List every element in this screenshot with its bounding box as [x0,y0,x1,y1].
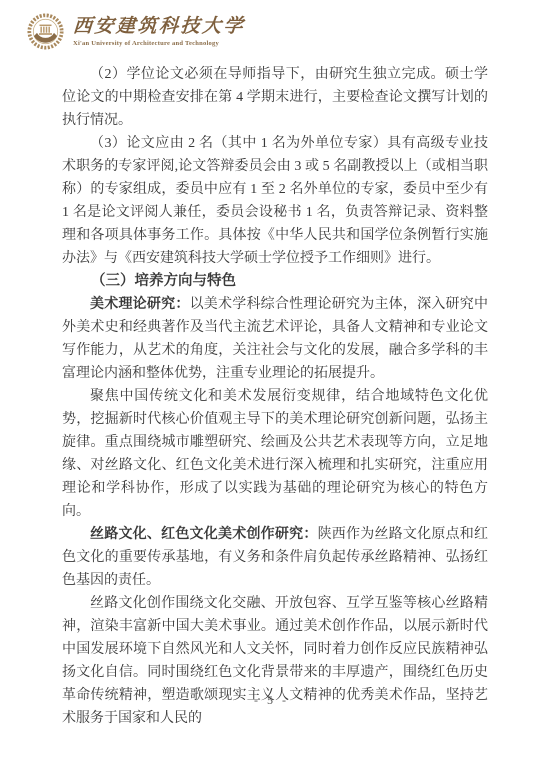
paragraph-lead: 丝路文化、红色文化美术创作研究： [90,527,318,542]
paragraph: （3）论文应由 2 名（其中 1 名为外单位专家）具有高级专业技术职务的专家评阅… [62,132,488,270]
university-name-en: Xi'an University of Architecture and Tec… [73,40,245,48]
page-number: - 5 - [254,693,289,707]
paragraph-text: （3）论文应由 2 名（其中 1 名为外单位专家）具有高级专业技术职务的专家评阅… [62,136,488,266]
paragraph: 美术理论研究：以美术学科综合性理论研究为主体，深入研究中外美术史和经典著作及当代… [62,293,488,385]
paragraph-text: （2）学位论文必须在导师指导下，由研究生独立完成。硕士学位论文的中期检查安排在第… [62,67,488,128]
paragraph: （2）学位论文必须在导师指导下，由研究生独立完成。硕士学位论文的中期检查安排在第… [62,63,488,132]
paragraph: 丝路文化、红色文化美术创作研究：陕西作为丝路文化原点和红色文化的重要传承基地，有… [62,523,488,592]
university-header: 西安建筑科技大学 Xi'an University of Architectur… [27,13,245,50]
page-footer: - 5 - [0,693,543,708]
document-body: （2）学位论文必须在导师指导下，由研究生独立完成。硕士学位论文的中期检查安排在第… [62,63,488,730]
paragraph: 丝路文化创作围绕文化交融、开放包容、互学互鉴等核心丝路精神，渲染丰富新中国大美术… [62,592,488,730]
paragraph: （三）培养方向与特色 [62,270,488,293]
paragraph: 聚焦中国传统文化和美术发展衍变规律，结合地域特色文化优势，挖掘新时代核心价值观主… [62,385,488,523]
paragraph-text: 聚焦中国传统文化和美术发展衍变规律，结合地域特色文化优势，挖掘新时代核心价值观主… [62,389,488,519]
university-seal-icon [27,13,64,50]
university-titles: 西安建筑科技大学 Xi'an University of Architectur… [73,13,245,48]
university-name-zh: 西安建筑科技大学 [72,17,245,37]
paragraph-text: （三）培养方向与特色 [91,273,236,289]
paragraph-lead: 美术理论研究： [90,297,190,312]
document-page: 西安建筑科技大学 Xi'an University of Architectur… [0,0,543,768]
